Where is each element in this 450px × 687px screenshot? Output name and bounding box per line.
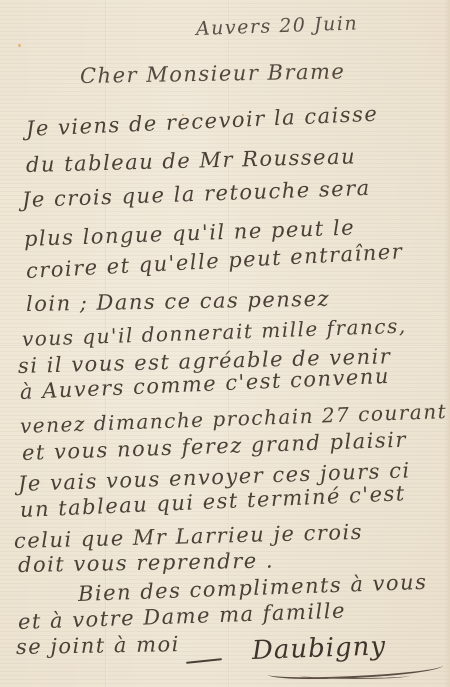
- letter-body-line: celui que Mr Larrieu je crois: [14, 520, 364, 553]
- letter-body-line: Je viens de recevoir la caisse: [25, 102, 378, 141]
- letter-body-line: loin ; Dans ce cas pensez: [26, 287, 330, 316]
- letter-place-date: Auvers 20 Juin: [196, 12, 359, 40]
- paper-edge: [444, 0, 450, 687]
- letter-closing-line: et à votre Dame ma famille: [18, 599, 347, 634]
- signature-lead-stroke: [186, 658, 222, 664]
- letter-body-line: doit vous reprendre .: [18, 549, 274, 577]
- paper-stain: [18, 44, 21, 47]
- signature-flourish: [300, 672, 410, 679]
- letter-greeting: Cher Monsieur Brame: [80, 59, 346, 88]
- letter-closing-line: Bien des compliments à vous: [78, 570, 428, 606]
- letter-closing-line: se joint à moi: [16, 632, 180, 659]
- letter-body-line: Je crois que la retouche sera: [22, 176, 371, 212]
- letter-body-line: du tableau de Mr Rousseau: [26, 144, 357, 177]
- letter-page: Auvers 20 Juin Cher Monsieur Brame Je vi…: [0, 0, 450, 687]
